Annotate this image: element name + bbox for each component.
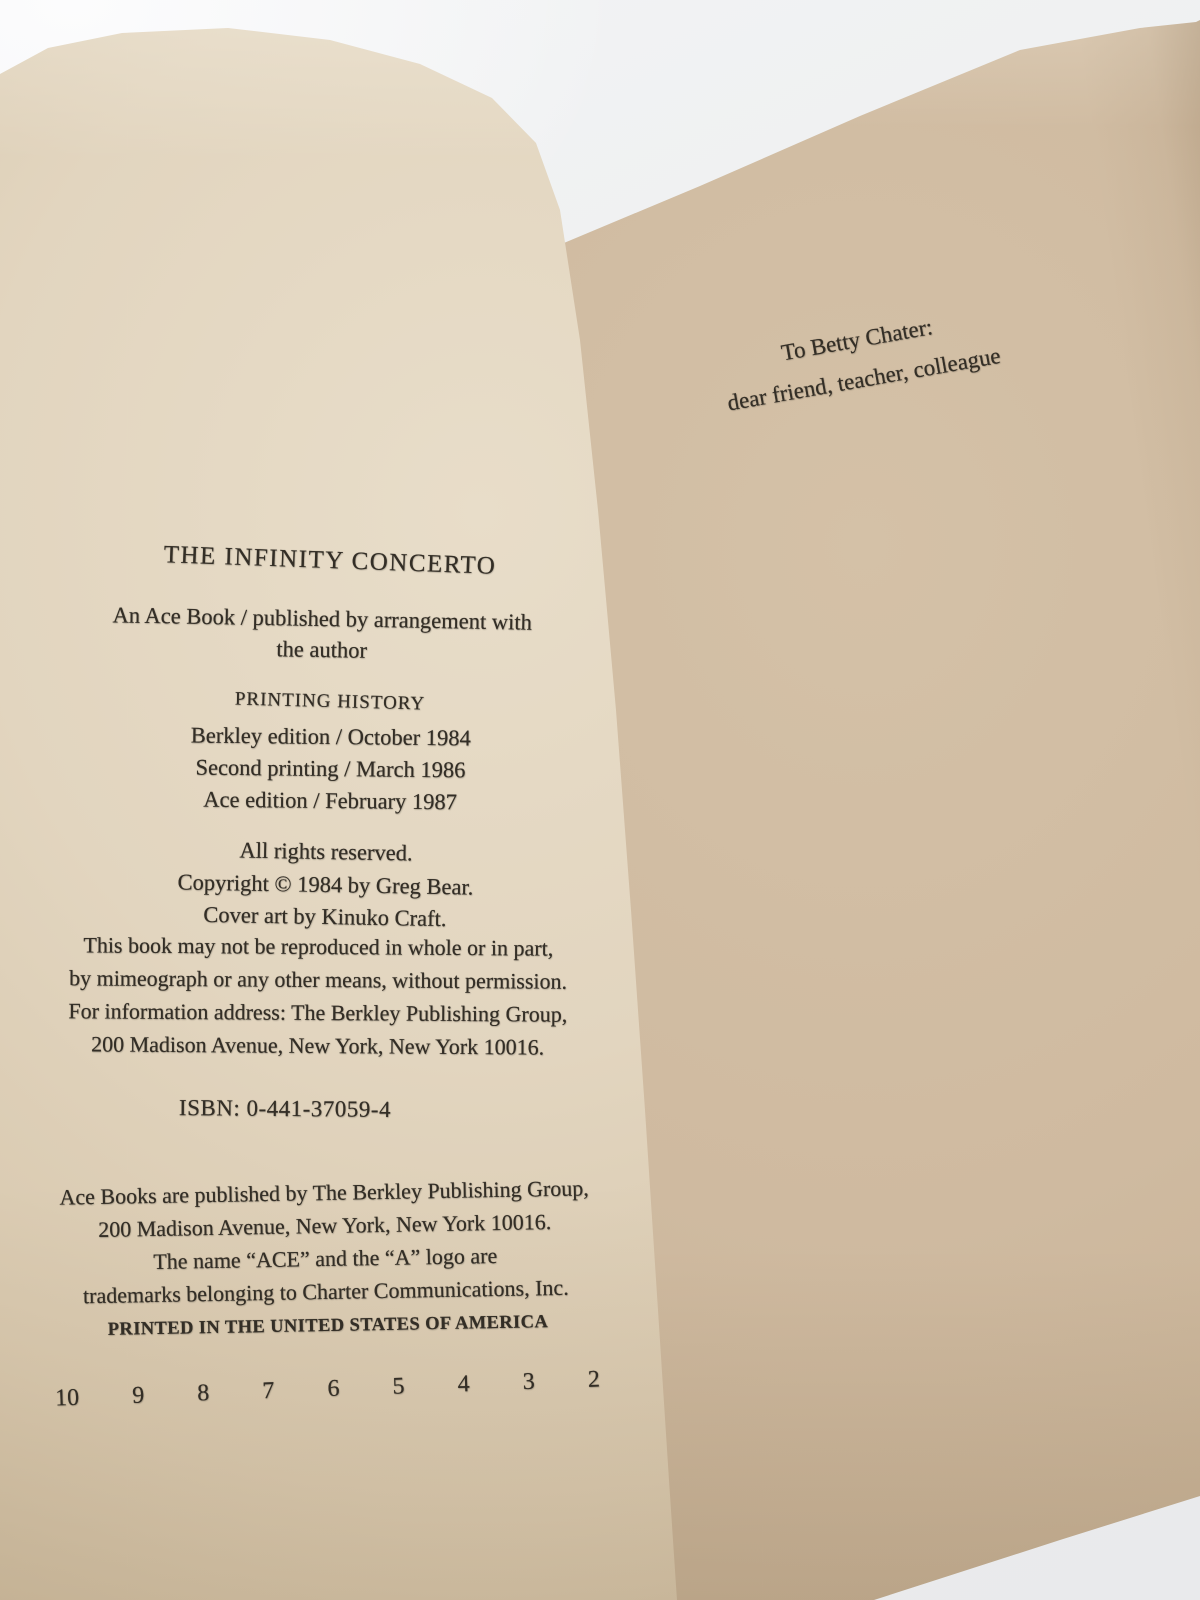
print-run-number: 6 [327, 1376, 340, 1403]
print-run-number: 9 [132, 1382, 145, 1409]
printing-history-entry: Ace edition / February 1987 [108, 783, 553, 820]
print-run-number-line: 10 9 8 7 6 5 4 3 2 [55, 1366, 601, 1412]
print-run-number: 2 [587, 1366, 600, 1393]
arrangement-note: An Ace Book / published by arrangement w… [87, 599, 556, 669]
open-book-photo: To Betty Chater: dear friend, teacher, c… [0, 0, 1200, 1600]
isbn: ISBN: 0-441-37059-4 [95, 1094, 475, 1123]
book-title: THE INFINITY CONCERTO [130, 540, 531, 582]
publisher-notice: Ace Books are published by The Berkley P… [7, 1170, 643, 1313]
reproduction-line: by mimeograph or any other means, withou… [14, 961, 622, 998]
reproduction-line: 200 Madison Avenue, New York, New York 1… [14, 1027, 622, 1064]
print-run-number: 3 [522, 1369, 535, 1396]
printing-history-heading: PRINTING HISTORY [180, 687, 480, 717]
dedication: To Betty Chater: dear friend, teacher, c… [634, 282, 1086, 438]
printing-history: Berkley edition / October 1984 Second pr… [108, 719, 554, 820]
rights-statement: All rights reserved. Copyright © 1984 by… [107, 832, 544, 937]
reproduction-line: For information address: The Berkley Pub… [14, 994, 622, 1031]
printed-in-statement: PRINTED IN THE UNITED STATES OF AMERICA [82, 1312, 574, 1342]
printing-history-entry: Second printing / March 1986 [108, 751, 553, 788]
reproduction-notice: This book may not be reproduced in whole… [14, 928, 623, 1064]
print-run-number: 4 [457, 1371, 470, 1398]
print-run-number: 7 [262, 1378, 275, 1405]
reproduction-line: This book may not be reproduced in whole… [14, 928, 622, 965]
print-run-number: 5 [392, 1373, 405, 1400]
print-run-number: 8 [197, 1380, 210, 1407]
printing-history-entry: Berkley edition / October 1984 [108, 719, 553, 756]
print-run-number: 10 [55, 1385, 80, 1413]
